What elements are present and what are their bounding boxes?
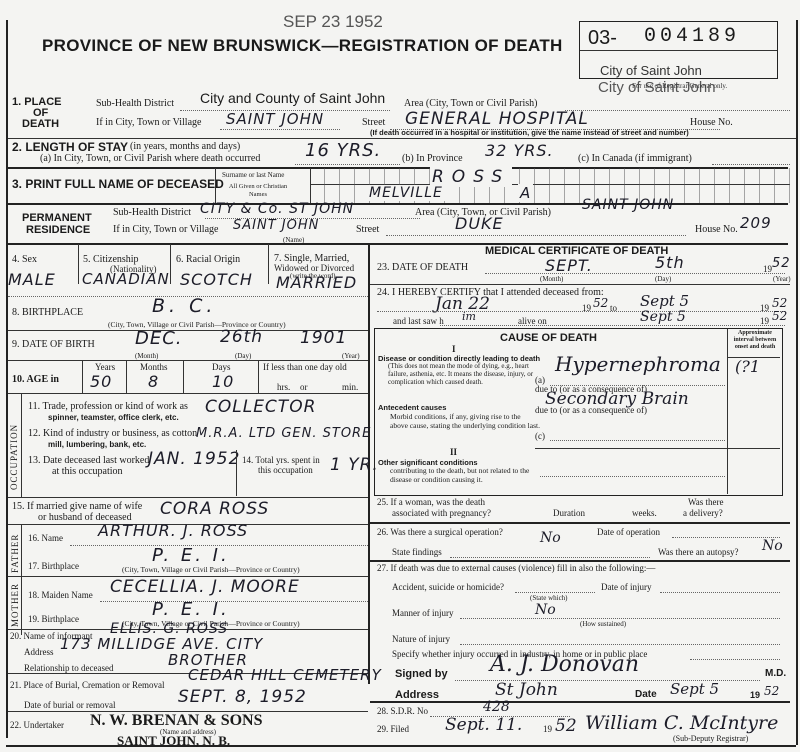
divider [370,701,790,703]
age-years-value: 50 [90,372,112,391]
dotted-line [485,273,785,274]
dotted-line [220,129,340,130]
or-label: or [300,382,308,392]
md-label: M.D. [765,668,786,679]
accident-label: Accident, suicide or homicide? [392,582,504,592]
divider [535,448,780,449]
last-worked-value: JAN. 1952 [148,449,240,469]
full-name-label: 3. PRINT FULL NAME OF DECEASED [12,177,224,191]
occupation-side-label: OCCUPATION [9,424,19,490]
interval-column-divider [727,329,728,494]
filed-label: 29. Filed [377,724,409,734]
father-name-value: ARTHUR. J. ROSS [98,521,248,540]
divider [370,560,790,562]
trade-label: 11. Trade, profession or kind of work as [28,401,188,412]
spouse-value: CORA ROSS [160,499,269,519]
cause-of-death-title: CAUSE OF DEATH [500,332,597,344]
residence-city-label: If in City, Town or Village [113,224,218,235]
other-conditions-note: contributing to the death, but not relat… [390,466,540,484]
birthplace-label: 8. BIRTHPLACE [12,307,83,318]
dotted-line [377,311,785,312]
signature-date-label: Date [635,689,657,700]
death-registration-document: SEP 23 1952 PROVINCE OF NEW BRUNSWICK—RE… [0,0,800,752]
dotted-line [660,592,780,593]
divider [8,243,788,245]
surgical-operation-value: No [540,530,561,546]
dob-month: DEC. [135,328,183,349]
divider [183,361,184,393]
length-of-stay-label: 2. LENGTH OF STAY [12,140,128,154]
dob-year: 1901 [300,328,347,348]
stay-in-city-value: 16 YRS. [305,140,381,161]
age-months-value: 8 [148,372,159,391]
area-label: Area (City, Town or Civil Parish) [404,98,537,109]
mother-maiden-name-value: CECELLIA. J. MOORE [110,577,300,597]
interval-label: Approximate interval between onset and d… [731,330,779,351]
operation-date-label: Date of operation [597,527,660,537]
delivery-label-2: a delivery? [683,508,723,518]
dotted-line [712,164,790,165]
q26-label: 26. Was there a surgical operation? [377,527,503,537]
section-i-label: I [452,344,456,354]
date-of-death-day: 5th [655,253,685,272]
burial-date-value: SEPT. 8, 1952 [178,687,307,707]
total-years-label: 14. Total yrs. spent in [242,455,320,465]
autopsy-label: Was there an autopsy? [658,547,739,557]
filed-date-value: Sept. 11. [445,715,522,735]
divider [370,522,790,524]
dotted-line [460,644,780,645]
year-prefix: 19 [543,724,552,734]
dotted-line [386,235,686,236]
divider [236,450,237,496]
section-1-label-death: DEATH [22,118,59,130]
filed-year-value: 52 [555,716,577,736]
signature-year: 52 [764,684,779,698]
divider [268,244,269,284]
industry-label: 12. Kind of industry or business, as cot… [28,428,197,439]
attended-from-year: 52 [593,296,608,310]
father-birthplace-caption: (City, Town, Village or Civil Parish—Pro… [122,565,300,574]
date-of-death-month: SEPT. [545,256,593,275]
mother-birthplace-label: 19. Birthplace [28,614,79,624]
dotted-line [515,592,595,593]
certify-label: 24. I HEREBY CERTIFY that I attended dec… [377,287,604,298]
divider [8,138,796,139]
sdr-number-label: 28. S.D.R. No [377,706,428,716]
cause-a-value: Hypernephroma [555,352,721,376]
signed-by-label: Signed by [395,668,448,680]
physician-signature: A. J. Donovan [490,652,639,677]
surname-value: ROSS [430,167,512,187]
age-label: 10. AGE in [12,374,59,385]
hrs-label: hrs. [277,382,290,392]
divider [82,361,83,393]
birthplace-value: B. C. [152,295,216,317]
received-date-stamp: SEP 23 1952 [283,12,383,32]
delivery-label: Was there [688,497,724,507]
spouse-label: 15. If married give name of wife [12,501,142,512]
last-saw-date: Sept 5 [640,309,686,325]
divider [8,393,368,394]
sex-value: MALE [8,270,56,289]
duration-label: Duration [553,508,585,518]
place-of-death-street: GENERAL HOSPITAL [405,109,589,129]
burial-place-value: CEDAR HILL CEMETERY [188,666,382,684]
dotted-line [295,164,400,165]
citizenship-value: CANADIAN [82,270,170,288]
date-of-birth-label: 9. DATE OF BIRTH [12,339,95,350]
last-saw-label: and last saw h [393,316,444,326]
signature-date-value: Sept 5 [670,680,719,698]
autopsy-value: No [762,538,783,554]
days-label: Days [212,362,231,372]
direct-cause-note: (This does not mean the mode of dying, e… [388,362,538,386]
day-caption: (Day) [235,352,251,360]
place-of-death-district: City and County of Saint John [200,90,385,106]
years-label: Years [95,362,115,372]
cause-c-label: (c) [535,431,545,441]
sex-label: 4. Sex [12,254,37,265]
mother-birthplace-value: P. E. I. [152,599,230,620]
dotted-line [450,557,650,558]
reg-box-divider [580,50,777,51]
date-of-death-label: 23. DATE OF DEATH [377,262,468,273]
due-to-label-2: due to (or as a consequence of) [535,405,647,415]
father-name-label: 16. Name [28,533,63,543]
year-prefix: 19 [582,303,591,313]
length-of-stay-sub: (in years, months and days) [130,141,240,152]
to-label: to [610,303,617,313]
weeks-label: weeks. [632,508,657,518]
house-number-label: House No. [690,117,733,128]
months-label: Months [140,362,168,372]
city-label: If in City, Town or Village [96,117,201,128]
divider [215,168,216,203]
age-days-value: 10 [212,372,234,391]
q25-label: 25. If a woman, was the death [377,497,485,507]
father-side-label: FATHER [10,534,20,573]
month-caption: (Month) [135,352,158,360]
sub-health-district-label: Sub-Health District [96,98,174,109]
undertaker-address: SAINT JOHN, N. B. [117,733,230,749]
trade-value: COLLECTOR [205,397,316,417]
state-which-caption: (State which) [530,594,568,602]
last-worked-label: 13. Date deceased last worked [28,455,149,466]
racial-origin-label: 6. Racial Origin [176,254,240,265]
dotted-line [550,440,725,441]
residence-district-value: CITY & Co. ST JOHN [200,201,354,217]
registration-prefix: 03- [588,27,617,50]
manner-of-injury-value: No [535,602,556,618]
residence-label: RESIDENCE [26,224,90,236]
total-years-sub: this occupation [258,465,313,475]
year-caption: (Year) [773,275,791,283]
dotted-line [440,325,785,326]
stay-province-label: (b) In Province [402,153,463,164]
informant-address-label: Address [24,647,54,657]
divider [8,360,368,361]
residence-street-label: Street [356,224,379,235]
permanent-label: PERMANENT [22,212,92,224]
registrar-note: For use of Registrar General only. [632,82,727,90]
registrar-stamp: City of Saint John [600,63,702,78]
divider [21,525,22,635]
stay-in-province-value: 32 YRS. [485,141,554,160]
min-label: min. [342,382,358,392]
document-title: PROVINCE OF NEW BRUNSWICK—REGISTRATION O… [42,36,563,56]
how-sustained-caption: (How sustained) [580,620,626,628]
residence-house-label: House No. [695,224,738,235]
mother-side-label: MOTHER [10,583,20,627]
total-years-value: 1 YR. [330,455,379,475]
divider [8,497,368,498]
year-caption: (Year) [342,352,360,360]
registrar-signature: William C. McIntyre [585,712,778,734]
year-prefix: 19 [760,303,769,313]
residence-street-value: DUKE [455,214,504,233]
trade-sub: spinner, teamster, office clerk, etc. [48,413,179,422]
residence-district-label: Sub-Health District [113,207,191,218]
dotted-line [100,601,368,602]
divider [170,244,171,284]
divider [258,361,259,393]
relationship-label: Relationship to deceased [24,663,113,673]
racial-origin-value: SCOTCH [180,270,253,289]
divider [126,361,127,393]
undertaker-label: 22. Undertaker [10,720,64,730]
divider [370,284,790,285]
left-border [6,20,8,738]
year-prefix: 19 [750,690,760,700]
dotted-line [540,476,725,477]
attended-to-year: 52 [772,296,787,310]
industry-value: M.R.A. LTD GEN. STORE [196,426,371,441]
day-caption: (Day) [655,275,671,283]
nature-of-injury-label: Nature of injury [392,634,450,644]
sdr-number-value: 428 [483,699,510,715]
q25-label-2: associated with pregnancy? [392,508,491,518]
burial-place-label: 21. Place of Burial, Cremation or Remova… [10,680,164,690]
father-birthplace-label: 17. Birthplace [28,561,79,571]
physician-address: St John [495,680,558,700]
findings-label: State findings [392,547,442,557]
given-names-value: MELVILLE [367,185,445,201]
middle-initial-value: A [518,184,533,202]
manner-label: Manner of injury [392,608,453,618]
year-prefix: 19 [763,264,772,274]
surname-label: Surname or last Name [222,171,284,179]
stay-canada-label: (c) In Canada (if immigrant) [578,153,692,164]
residence-area-value: SAINT JOHN [582,197,674,213]
year-prefix: 19 [760,316,769,326]
antecedent-label: Antecedent causes [378,403,446,412]
date-of-death-year: 52 [772,256,791,271]
divider [78,244,79,284]
street-label: Street [362,117,385,128]
divider [21,394,22,497]
place-of-death-city: SAINT JOHN [226,110,324,128]
given-names-label: All Given or Christian Names [228,183,288,199]
address-label: Address [395,689,439,701]
registrar-caption: (Sub-Deputy Registrar) [673,734,748,743]
dotted-line [690,659,780,660]
dob-day: 26th [220,327,263,347]
registration-number: 004189 [644,25,740,48]
antecedent-note: Morbid conditions, if any, giving rise t… [390,412,540,430]
mother-name-label: 18. Maiden Name [28,590,93,600]
dotted-line [565,110,790,111]
right-border [796,20,798,745]
interval-value: (?1 [735,357,760,376]
section-ii-label: II [450,447,457,457]
residence-city-value: SAINT JOHN [233,218,319,233]
stay-city-label: (a) In City, Town, or Civil Parish where… [40,153,260,164]
marital-status-value: MARRIED [276,273,357,292]
industry-sub: mill, lumbering, bank, etc. [48,440,146,449]
father-birthplace-value: P. E. I. [152,545,230,566]
less-than-day-label: If less than one day old [263,362,347,372]
hospital-note: (If death occurred in a hospital or inst… [370,128,689,137]
q27-label: 27. If death was due to external causes … [377,563,655,573]
residence-house-value: 209 [740,214,772,232]
last-saw-pronoun: im [462,310,476,323]
burial-date-label: Date of burial or removal [24,700,115,710]
dotted-line [460,618,780,619]
month-caption: (Month) [540,275,563,283]
last-worked-sub: at this occupation [52,466,123,477]
attended-to-value: Sept 5 [640,292,689,310]
injury-date-label: Date of injury [601,582,651,592]
last-saw-year: 52 [772,309,787,323]
